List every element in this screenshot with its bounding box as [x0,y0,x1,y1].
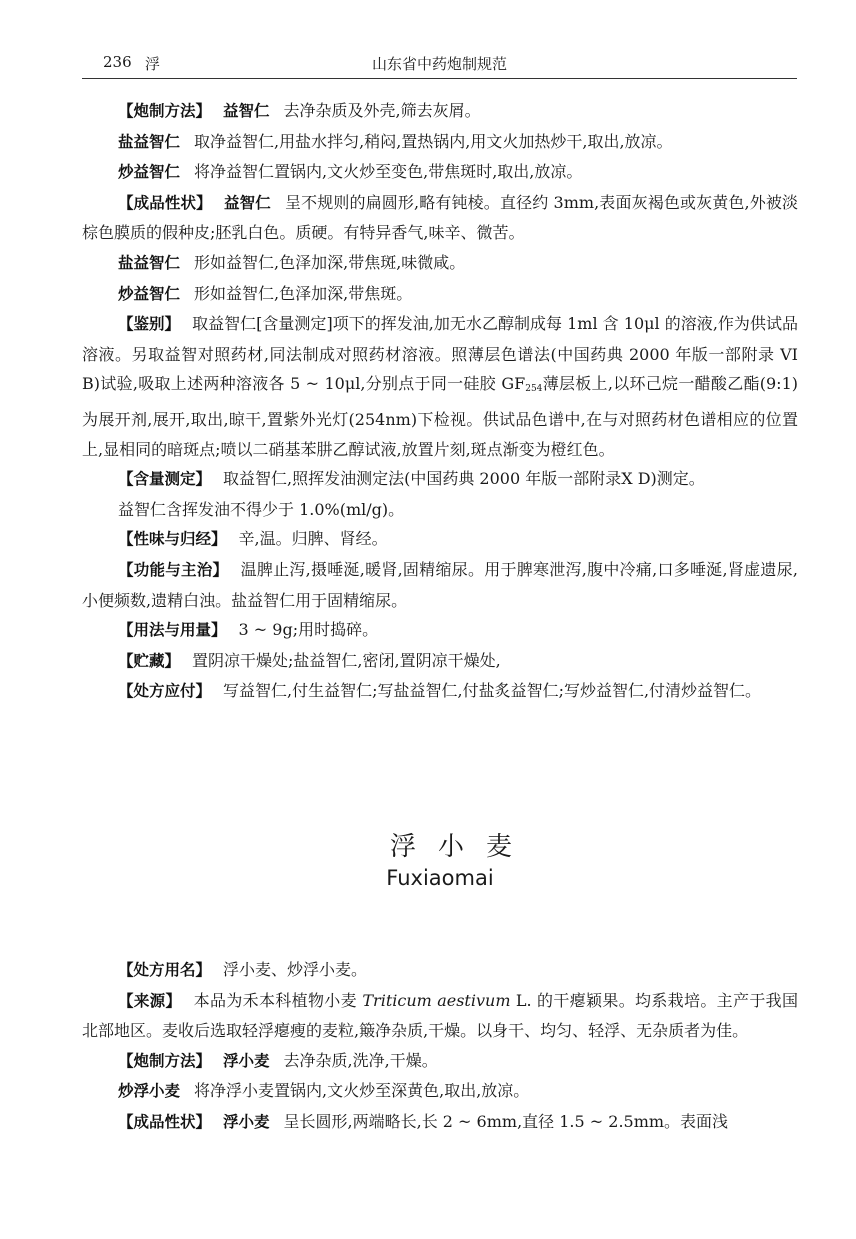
body-text: 3 ~ 9g;用时捣碎。 [239,620,379,639]
header-rule [82,78,797,79]
storage: 【贮藏】置阴凉干燥处;盐益智仁,密闭,置阴凉干燥处, [82,646,798,677]
body-text: 本品为禾本科植物小麦 [193,991,362,1010]
assay-limit: 益智仁含挥发油不得少于 1.0%(ml/g)。 [82,495,798,525]
section-label: 【含量测定】 [118,470,211,488]
stir-fried-method: 炒浮小麦将净浮小麦置锅内,文火炒至深黄色,取出,放凉。 [82,1076,798,1107]
body-text: 取净益智仁,用盐水拌匀,稍闷,置热锅内,用文火加热炒干,取出,放凉。 [194,132,673,151]
body-text: 去净杂质,洗净,干燥。 [284,1051,438,1070]
nature-meridian: 【性味与归经】辛,温。归脾、肾经。 [82,524,798,555]
item-label: 浮小麦 [223,1113,270,1131]
body-text: 去净杂质及外壳,筛去灰屑。 [284,101,481,120]
body-text: 将净益智仁置锅内,文火炒至变色,带焦斑时,取出,放凉。 [194,162,582,181]
section-label: 【处方用名】 [118,961,211,979]
section-label: 【成品性状】 [118,194,212,212]
entry-fuxiaomai: 【处方用名】浮小麦、炒浮小麦。 【来源】本品为禾本科植物小麦 Triticum … [82,955,798,1138]
function-indications: 【功能与主治】温脾止泻,摄唾涎,暖肾,固精缩尿。用于脾寒泄泻,腹中冷痛,口多唾涎… [82,555,798,615]
body-text: 益智仁含挥发油不得少于 1.0%(ml/g)。 [118,500,404,519]
entry-title-pinyin: Fuxiaomai [82,866,798,890]
processing-method: 【炮制方法】浮小麦去净杂质,洗净,干燥。 [82,1046,798,1077]
product-characteristics: 【成品性状】益智仁呈不规则的扁圆形,略有钝棱。直径约 3mm,表面灰褐色或灰黄色… [82,188,798,248]
salt-processed-method: 盐益智仁取净益智仁,用盐水拌匀,稍闷,置热锅内,用文火加热炒干,取出,放凉。 [82,127,798,158]
section-label: 【功能与主治】 [118,561,228,579]
section-label: 【炮制方法】 [118,102,211,120]
running-title: 山东省中药炮制规范 [82,53,797,74]
section-label: 【来源】 [118,992,181,1010]
source: 【来源】本品为禾本科植物小麦 Triticum aestivum L. 的干瘪颖… [82,986,798,1046]
section-label: 【贮藏】 [118,652,180,670]
prescription-dispensing: 【处方应付】写益智仁,付生益智仁;写盐益智仁,付盐炙益智仁;写炒益智仁,付清炒益… [82,676,798,707]
body-text: 取益智仁,照挥发油测定法(中国药典 2000 年版一部附录Ⅹ D)测定。 [223,469,705,488]
entry-title-chinese: 浮小麦 [82,826,820,863]
stir-fried-method: 炒益智仁将净益智仁置锅内,文火炒至变色,带焦斑时,取出,放凉。 [82,157,798,188]
section-label: 【用法与用量】 [118,621,227,639]
section-label: 【鉴别】 [118,315,180,333]
body-text: 浮小麦、炒浮小麦。 [223,960,367,979]
processing-method: 【炮制方法】益智仁去净杂质及外壳,筛去灰屑。 [82,96,798,127]
item-label: 炒浮小麦 [118,1082,180,1100]
item-label: 益智仁 [224,194,271,212]
body-text: 写益智仁,付生益智仁;写盐益智仁,付盐炙益智仁;写炒益智仁,付清炒益智仁。 [223,681,761,700]
body-text: 将净浮小麦置锅内,文火炒至深黄色,取出,放凉。 [194,1081,529,1100]
body-text: 呈长圆形,两端略长,长 2 ~ 6mm,直径 1.5 ~ 2.5mm。表面浅 [284,1112,729,1131]
product-characteristics: 【成品性状】浮小麦呈长圆形,两端略长,长 2 ~ 6mm,直径 1.5 ~ 2.… [82,1107,798,1138]
section-label: 【炮制方法】 [118,1052,211,1070]
body-text: 辛,温。归脾、肾经。 [239,529,388,548]
section-label: 【性味与归经】 [118,530,227,548]
section-label: 【成品性状】 [118,1113,211,1131]
item-label: 炒益智仁 [118,285,180,303]
identification: 【鉴别】取益智仁[含量测定]项下的挥发油,加无水乙醇制成每 1ml 含 10μl… [82,309,798,464]
section-label: 【处方应付】 [118,682,211,700]
prescription-names: 【处方用名】浮小麦、炒浮小麦。 [82,955,798,986]
usage-dosage: 【用法与用量】3 ~ 9g;用时捣碎。 [82,615,798,646]
item-label: 浮小麦 [223,1052,270,1070]
entry-yizhiren: 【炮制方法】益智仁去净杂质及外壳,筛去灰屑。 盐益智仁取净益智仁,用盐水拌匀,稍… [82,96,798,707]
item-label: 盐益智仁 [118,133,180,151]
page-header: 236 浮 山东省中药炮制规范 [82,50,797,78]
body-text: 形如益智仁,色泽加深,带焦斑,味微咸。 [194,253,465,272]
item-label: 盐益智仁 [118,254,180,272]
salt-characteristics: 盐益智仁形如益智仁,色泽加深,带焦斑,味微咸。 [82,248,798,279]
body-text: 形如益智仁,色泽加深,带焦斑。 [194,284,412,303]
latin-name: Triticum aestivum [362,991,510,1010]
assay: 【含量测定】取益智仁,照挥发油测定法(中国药典 2000 年版一部附录Ⅹ D)测… [82,464,798,495]
fried-characteristics: 炒益智仁形如益智仁,色泽加深,带焦斑。 [82,279,798,310]
item-label: 益智仁 [223,102,270,120]
subscript: 254 [525,384,542,394]
body-text: 置阴凉干燥处;盐益智仁,密闭,置阴凉干燥处, [192,651,501,670]
item-label: 炒益智仁 [118,163,180,181]
